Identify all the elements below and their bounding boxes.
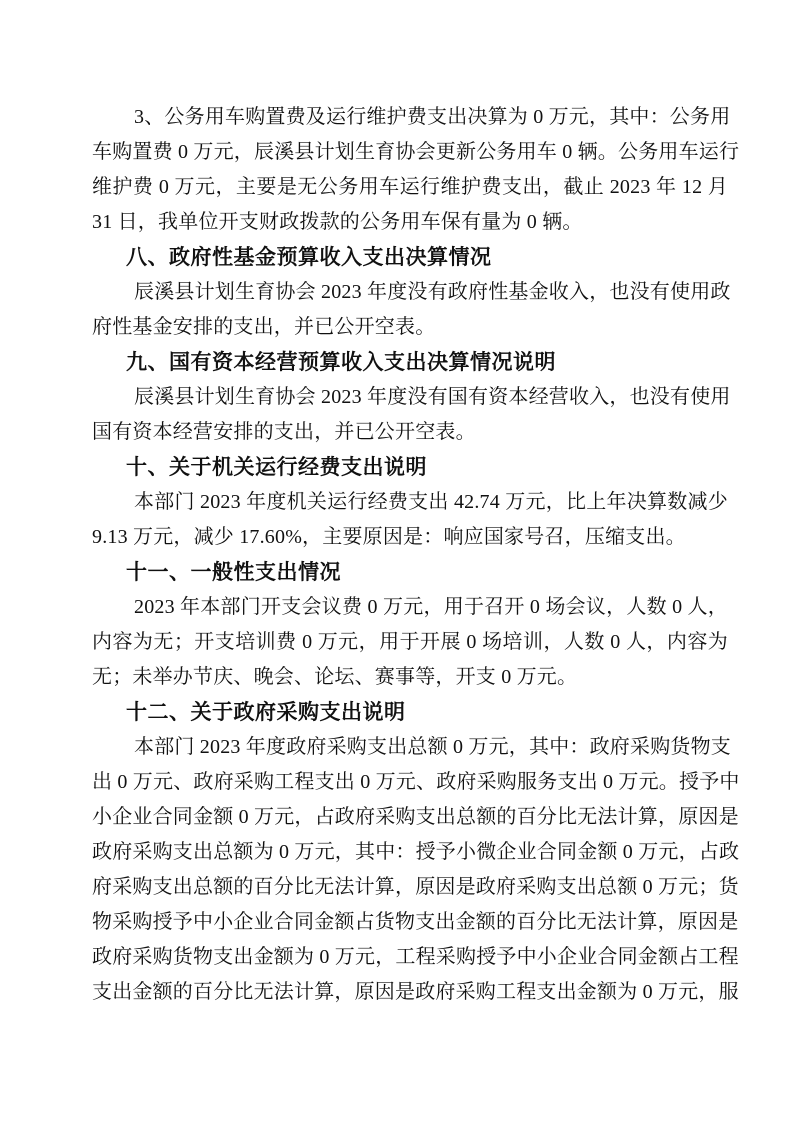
- paragraph-line: 出 0 万元、政府采购工程支出 0 万元、政府采购服务支出 0 万元。授予中: [92, 765, 728, 800]
- paragraph-line: 3、公务用车购置费及运行维护费支出决算为 0 万元，其中：公务用: [92, 100, 728, 135]
- paragraph-line: 31 日，我单位开支财政拨款的公务用车保有量为 0 辆。: [92, 205, 728, 240]
- section-heading: 八、政府性基金预算收入支出决算情况: [92, 240, 728, 275]
- paragraph-line: 府采购支出总额的百分比无法计算，原因是政府采购支出总额 0 万元；货: [92, 870, 728, 905]
- paragraph-line: 物采购授予中小企业合同金额占货物支出金额的百分比无法计算，原因是: [92, 905, 728, 940]
- paragraph-line: 9.13 万元，减少 17.60%，主要原因是：响应国家号召，压缩支出。: [92, 520, 728, 555]
- paragraph-line: 支出金额的百分比无法计算，原因是政府采购工程支出金额为 0 万元，服: [92, 975, 728, 1010]
- section-heading: 十二、关于政府采购支出说明: [92, 695, 728, 730]
- paragraph-line: 维护费 0 万元，主要是无公务用车运行维护费支出，截止 2023 年 12 月: [92, 170, 728, 205]
- paragraph-line: 政府采购支出总额为 0 万元，其中：授予小微企业合同金额 0 万元，占政: [92, 835, 728, 870]
- section-heading: 十、关于机关运行经费支出说明: [92, 450, 728, 485]
- paragraph-line: 小企业合同金额 0 万元，占政府采购支出总额的百分比无法计算，原因是: [92, 800, 728, 835]
- paragraph-line: 辰溪县计划生育协会 2023 年度没有政府性基金收入，也没有使用政: [92, 275, 728, 310]
- document-page: 3、公务用车购置费及运行维护费支出决算为 0 万元，其中：公务用 车购置费 0 …: [0, 0, 793, 1122]
- paragraph-line: 辰溪县计划生育协会 2023 年度没有国有资本经营收入，也没有使用: [92, 380, 728, 415]
- paragraph-line: 政府采购货物支出金额为 0 万元，工程采购授予中小企业合同金额占工程: [92, 940, 728, 975]
- paragraph-line: 本部门 2023 年度机关运行经费支出 42.74 万元，比上年决算数减少: [92, 485, 728, 520]
- section-heading: 十一、一般性支出情况: [92, 555, 728, 590]
- paragraph-line: 府性基金安排的支出，并已公开空表。: [92, 310, 728, 345]
- paragraph-line: 国有资本经营安排的支出，并已公开空表。: [92, 415, 728, 450]
- paragraph-line: 无；未举办节庆、晚会、论坛、赛事等，开支 0 万元。: [92, 660, 728, 695]
- paragraph-line: 本部门 2023 年度政府采购支出总额 0 万元，其中：政府采购货物支: [92, 730, 728, 765]
- paragraph-line: 车购置费 0 万元，辰溪县计划生育协会更新公务用车 0 辆。公务用车运行: [92, 135, 728, 170]
- document-content: 3、公务用车购置费及运行维护费支出决算为 0 万元，其中：公务用 车购置费 0 …: [92, 100, 728, 1010]
- section-heading: 九、国有资本经营预算收入支出决算情况说明: [92, 345, 728, 380]
- paragraph-line: 2023 年本部门开支会议费 0 万元，用于召开 0 场会议，人数 0 人，: [92, 590, 728, 625]
- paragraph-line: 内容为无；开支培训费 0 万元，用于开展 0 场培训，人数 0 人，内容为: [92, 625, 728, 660]
